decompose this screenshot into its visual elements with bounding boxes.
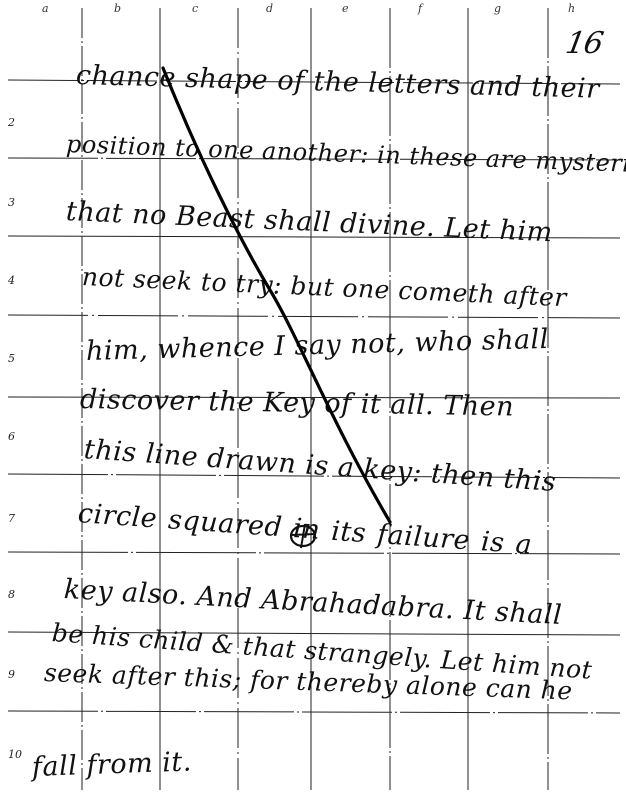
diagonal-strike-line xyxy=(0,0,626,797)
manuscript-page: a b c d e f g h 16 2 3 4 5 6 7 8 9 10 ch… xyxy=(0,0,626,797)
